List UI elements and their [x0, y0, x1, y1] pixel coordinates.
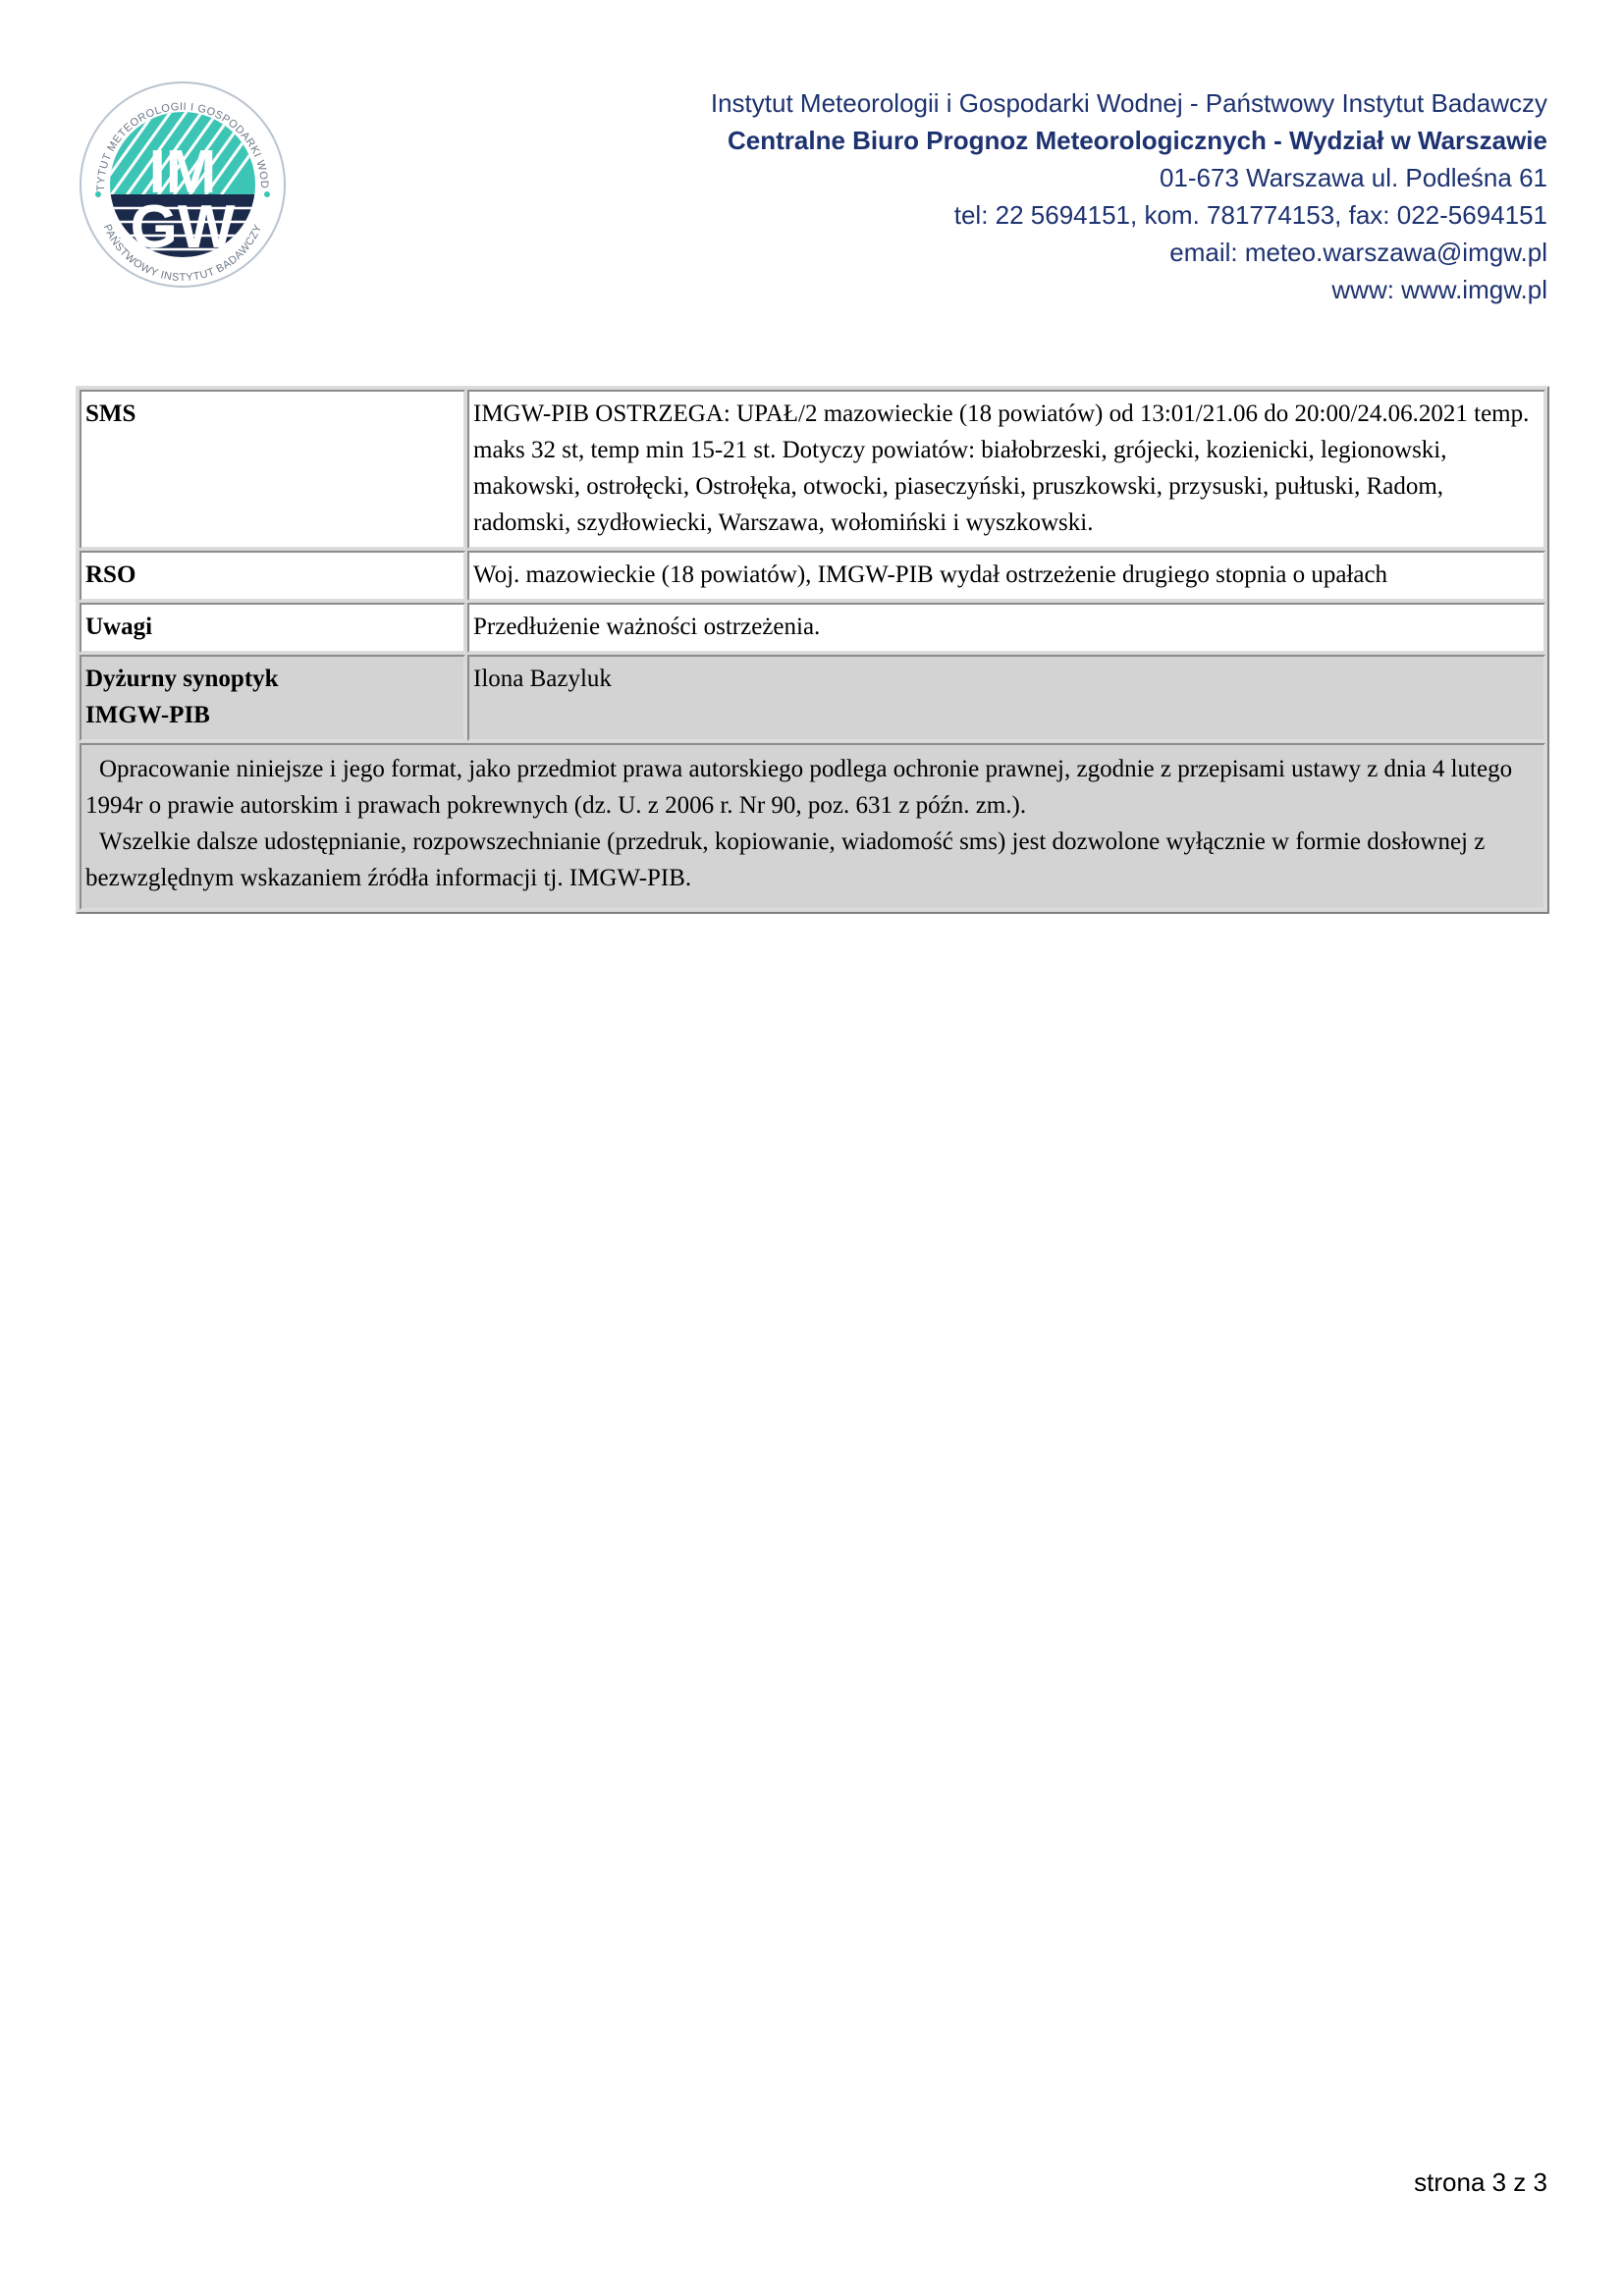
copyright-notice: Opracowanie niniejsze i jego format, jak… — [80, 743, 1545, 910]
email-info: email: meteo.warszawa@imgw.pl — [711, 234, 1547, 271]
table-row-uwagi: Uwagi Przedłużenie ważności ostrzeżenia. — [80, 603, 1545, 653]
institution-header: Instytut Meteorologii i Gospodarki Wodne… — [711, 84, 1547, 308]
table-row-sms: SMS IMGW-PIB OSTRZEGA: UPAŁ/2 mazowiecki… — [80, 390, 1545, 549]
table-row-copyright: Opracowanie niniejsze i jego format, jak… — [80, 743, 1545, 910]
page-number: strona 3 z 3 — [1414, 2167, 1547, 2198]
imgw-logo: IM GW INSTYTUT METEOROLOGII I GOSPODARKI… — [77, 79, 289, 291]
row-label-sms: SMS — [80, 390, 465, 549]
address: 01-673 Warszawa ul. Podleśna 61 — [711, 159, 1547, 196]
table-row-rso: RSO Woj. mazowieckie (18 powiatów), IMGW… — [80, 551, 1545, 601]
table-row-synoptyk: Dyżurny synoptyk IMGW-PIB Ilona Bazyluk — [80, 655, 1545, 741]
row-label-uwagi: Uwagi — [80, 603, 465, 653]
copyright-paragraph-2: Wszelkie dalsze udostępnianie, rozpowsze… — [85, 824, 1540, 896]
row-value-sms: IMGW-PIB OSTRZEGA: UPAŁ/2 mazowieckie (1… — [467, 390, 1545, 549]
institute-name: Instytut Meteorologii i Gospodarki Wodne… — [711, 84, 1547, 122]
row-label-rso: RSO — [80, 551, 465, 601]
warning-table: SMS IMGW-PIB OSTRZEGA: UPAŁ/2 mazowiecki… — [76, 386, 1549, 914]
synoptyk-label-line1: Dyżurny synoptyk — [85, 661, 460, 697]
row-value-synoptyk: Ilona Bazyluk — [467, 655, 1545, 741]
website-info: www: www.imgw.pl — [711, 271, 1547, 308]
office-name: Centralne Biuro Prognoz Meteorologicznyc… — [711, 122, 1547, 159]
imgw-logo-icon: IM GW INSTYTUT METEOROLOGII I GOSPODARKI… — [77, 79, 289, 291]
row-label-synoptyk: Dyżurny synoptyk IMGW-PIB — [80, 655, 465, 741]
phone-info: tel: 22 5694151, kom. 781774153, fax: 02… — [711, 196, 1547, 234]
copyright-paragraph-1: Opracowanie niniejsze i jego format, jak… — [85, 751, 1540, 824]
row-value-rso: Woj. mazowieckie (18 powiatów), IMGW-PIB… — [467, 551, 1545, 601]
row-value-uwagi: Przedłużenie ważności ostrzeżenia. — [467, 603, 1545, 653]
svg-text:GW: GW — [131, 193, 236, 261]
synoptyk-label-line2: IMGW-PIB — [85, 697, 460, 733]
